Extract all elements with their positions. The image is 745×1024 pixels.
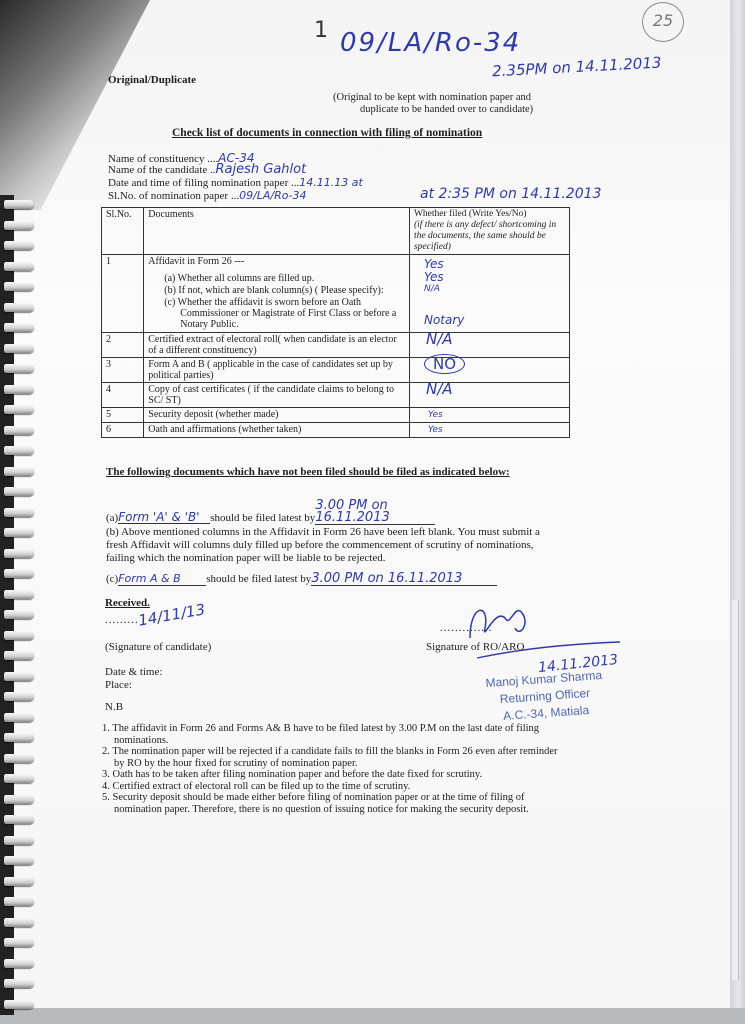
date-time-label: Date & time: — [105, 666, 162, 678]
table-row: 3 Form A and B ( applicable in the case … — [102, 358, 570, 383]
binding-ring — [4, 815, 34, 824]
binding-ring — [4, 200, 34, 209]
binding-ring — [4, 303, 34, 312]
candidate-label: Name of the candidate .. — [108, 164, 216, 176]
binding-ring — [4, 733, 34, 742]
binding-ring — [4, 344, 34, 353]
spiral-binding — [0, 195, 14, 1015]
candidate-field: Name of the candidate ..Rajesh Gahlot — [108, 164, 306, 176]
binding-ring — [4, 856, 34, 865]
binding-ring — [4, 590, 34, 599]
header-slno: Sl.No. — [102, 208, 144, 255]
candidate-signature-label: (Signature of candidate) — [105, 641, 211, 653]
row-answer: N/A — [409, 333, 569, 358]
nb-item: 3. Oath has to be taken after filing nom… — [102, 769, 562, 781]
binding-ring — [4, 610, 34, 619]
filing-field: Date and time of filing nomination paper… — [108, 177, 363, 189]
slno-label: Sl.No. of nomination paper ... — [108, 190, 239, 202]
pending-item-b: (b) Above mentioned columns in the Affid… — [106, 526, 556, 565]
pending-heading: The following documents which have not b… — [106, 466, 526, 479]
row-document: Affidavit in Form 26 --- (a) Whether all… — [144, 255, 410, 333]
binding-ring — [4, 692, 34, 701]
binding-ring — [4, 631, 34, 640]
binding-ring — [4, 262, 34, 271]
binding-ring — [4, 897, 34, 906]
binding-ring — [4, 528, 34, 537]
binding-ring — [4, 508, 34, 517]
pending-item-a: (a)Form 'A' & 'B'should be filed latest … — [106, 500, 435, 525]
binding-ring — [4, 713, 34, 722]
binding-ring — [4, 938, 34, 947]
binding-ring — [4, 405, 34, 414]
row-number: 4 — [102, 383, 144, 408]
page-number: 1 — [314, 18, 328, 43]
answer-value: N/A — [426, 330, 453, 348]
item-c-prefix: (c) — [106, 573, 118, 585]
nb-heading: N.B — [105, 701, 123, 713]
binding-ring — [4, 774, 34, 783]
answer-c: Notary — [424, 315, 565, 326]
binding-ring — [4, 241, 34, 250]
row-document: Form A and B ( applicable in the case of… — [144, 358, 410, 383]
received-label: Received. — [105, 597, 150, 609]
place-label: Place: — [105, 679, 132, 691]
binding-ring — [4, 651, 34, 660]
table-header-row: Sl.No. Documents Whether filed (Write Ye… — [102, 208, 570, 255]
binding-ring — [4, 1000, 34, 1009]
binding-ring — [4, 569, 34, 578]
item-c-document: Form A & B — [118, 573, 206, 586]
table-row: 2 Certified extract of electoral roll( w… — [102, 333, 570, 358]
subitem: (a) Whether all columns are filled up. — [164, 273, 405, 284]
item-a-prefix: (a) — [106, 512, 118, 524]
nb-item: 2. The nomination paper will be rejected… — [102, 746, 562, 769]
row-document: Certified extract of electoral roll( whe… — [144, 333, 410, 358]
row-document: Oath and affirmations (whether taken) — [144, 423, 410, 438]
binding-ring — [4, 385, 34, 394]
binding-ring — [4, 836, 34, 845]
candidate-value: Rajesh Gahlot — [216, 162, 307, 177]
binding-ring — [4, 323, 34, 332]
document-title: Check list of documents in connection wi… — [172, 127, 482, 139]
table-row: 1 Affidavit in Form 26 --- (a) Whether a… — [102, 255, 570, 333]
binding-ring — [4, 672, 34, 681]
binding-ring — [4, 795, 34, 804]
binding-ring — [4, 959, 34, 968]
item-c-label: should be filed latest by — [206, 573, 311, 585]
nb-list: 1. The affidavit in Form 26 and Forms A&… — [102, 723, 562, 815]
subitem: (b) If not, which are blank column(s) ( … — [164, 285, 405, 296]
binding-ring — [4, 426, 34, 435]
row-document: Copy of cast certificates ( if the candi… — [144, 383, 410, 408]
table-row: 4 Copy of cast certificates ( if the can… — [102, 383, 570, 408]
pending-item-c: (c)Form A & Bshould be filed latest by3.… — [106, 573, 497, 586]
header-filed: Whether filed (Write Yes/No) (if there i… — [409, 208, 569, 255]
handwritten-reference: 09/LA/Ro-34 — [340, 28, 521, 58]
copy-note-2: duplicate to be handed over to candidate… — [360, 104, 533, 116]
answer-value-circled: NO — [424, 354, 465, 374]
header-documents: Documents — [144, 208, 410, 255]
answer-b-detail: N/A — [424, 284, 565, 295]
item-a-label: should be filed latest by — [210, 512, 315, 524]
binding-ring — [4, 467, 34, 476]
row-number: 6 — [102, 423, 144, 438]
header-filed-label: Whether filed (Write Yes/No) — [414, 209, 527, 219]
row-answer: Yes — [409, 423, 569, 438]
subitem: (c) Whether the affidavit is sworn befor… — [164, 297, 405, 330]
answer-value: Yes — [428, 410, 443, 420]
copy-note-1: (Original to be kept with nomination pap… — [333, 92, 531, 104]
row-document-title: Affidavit in Form 26 --- — [148, 256, 244, 267]
answer-value: Yes — [428, 425, 443, 435]
binding-ring — [4, 446, 34, 455]
nb-item: 5. Security deposit should be made eithe… — [102, 792, 562, 815]
scanner-bed — [0, 1008, 745, 1024]
answer-value: N/A — [426, 380, 453, 398]
candidate-signature-dots: ......... — [105, 614, 139, 626]
affidavit-subitems: (a) Whether all columns are filled up. (… — [164, 273, 405, 330]
binding-ring — [4, 221, 34, 230]
binding-ring — [4, 754, 34, 763]
binding-ring — [4, 282, 34, 291]
row-number: 5 — [102, 408, 144, 423]
item-a-document: Form 'A' & 'B' — [118, 511, 210, 524]
answer-b: Yes — [424, 271, 565, 284]
table-row: 5 Security deposit (whether made) Yes — [102, 408, 570, 423]
row-number: 3 — [102, 358, 144, 383]
row-answer: Yes — [409, 408, 569, 423]
item-c-deadline: 3.00 PM on 16.11.2013 — [311, 573, 497, 586]
nb-item: 1. The affidavit in Form 26 and Forms A&… — [102, 723, 562, 746]
row-answer: Yes Yes N/A Notary — [409, 255, 569, 333]
binding-ring — [4, 487, 34, 496]
page-stack-edge — [730, 0, 745, 1024]
slno-field: Sl.No. of nomination paper ...09/LA/Ro-3… — [108, 190, 306, 202]
filing-label: Date and time of filing nomination paper… — [108, 177, 299, 189]
row-answer: NO — [409, 358, 569, 383]
row-document: Security deposit (whether made) — [144, 408, 410, 423]
answer-a: Yes — [424, 258, 565, 271]
item-a-deadline: 3.00 PM on 16.11.2013 — [315, 500, 435, 525]
row-number: 2 — [102, 333, 144, 358]
table-row: 6 Oath and affirmations (whether taken) … — [102, 423, 570, 438]
copy-type: Original/Duplicate — [108, 74, 196, 86]
filing-value: 14.11.13 at — [299, 176, 363, 189]
binding-ring — [4, 918, 34, 927]
slno-value: 09/LA/Ro-34 — [239, 189, 306, 202]
header-filed-note: (if there is any defect/ shortcoming in … — [414, 220, 556, 252]
binding-ring — [4, 979, 34, 988]
row-answer: N/A — [409, 383, 569, 408]
row-number: 1 — [102, 255, 144, 333]
checklist-table: Sl.No. Documents Whether filed (Write Ye… — [101, 207, 570, 438]
nb-item: 4. Certified extract of electoral roll c… — [102, 781, 562, 793]
binding-ring — [4, 364, 34, 373]
slno-extra-time: at 2:35 PM on 14.11.2013 — [420, 186, 601, 202]
binding-ring — [4, 549, 34, 558]
circled-number: 25 — [642, 2, 684, 42]
binding-ring — [4, 877, 34, 886]
